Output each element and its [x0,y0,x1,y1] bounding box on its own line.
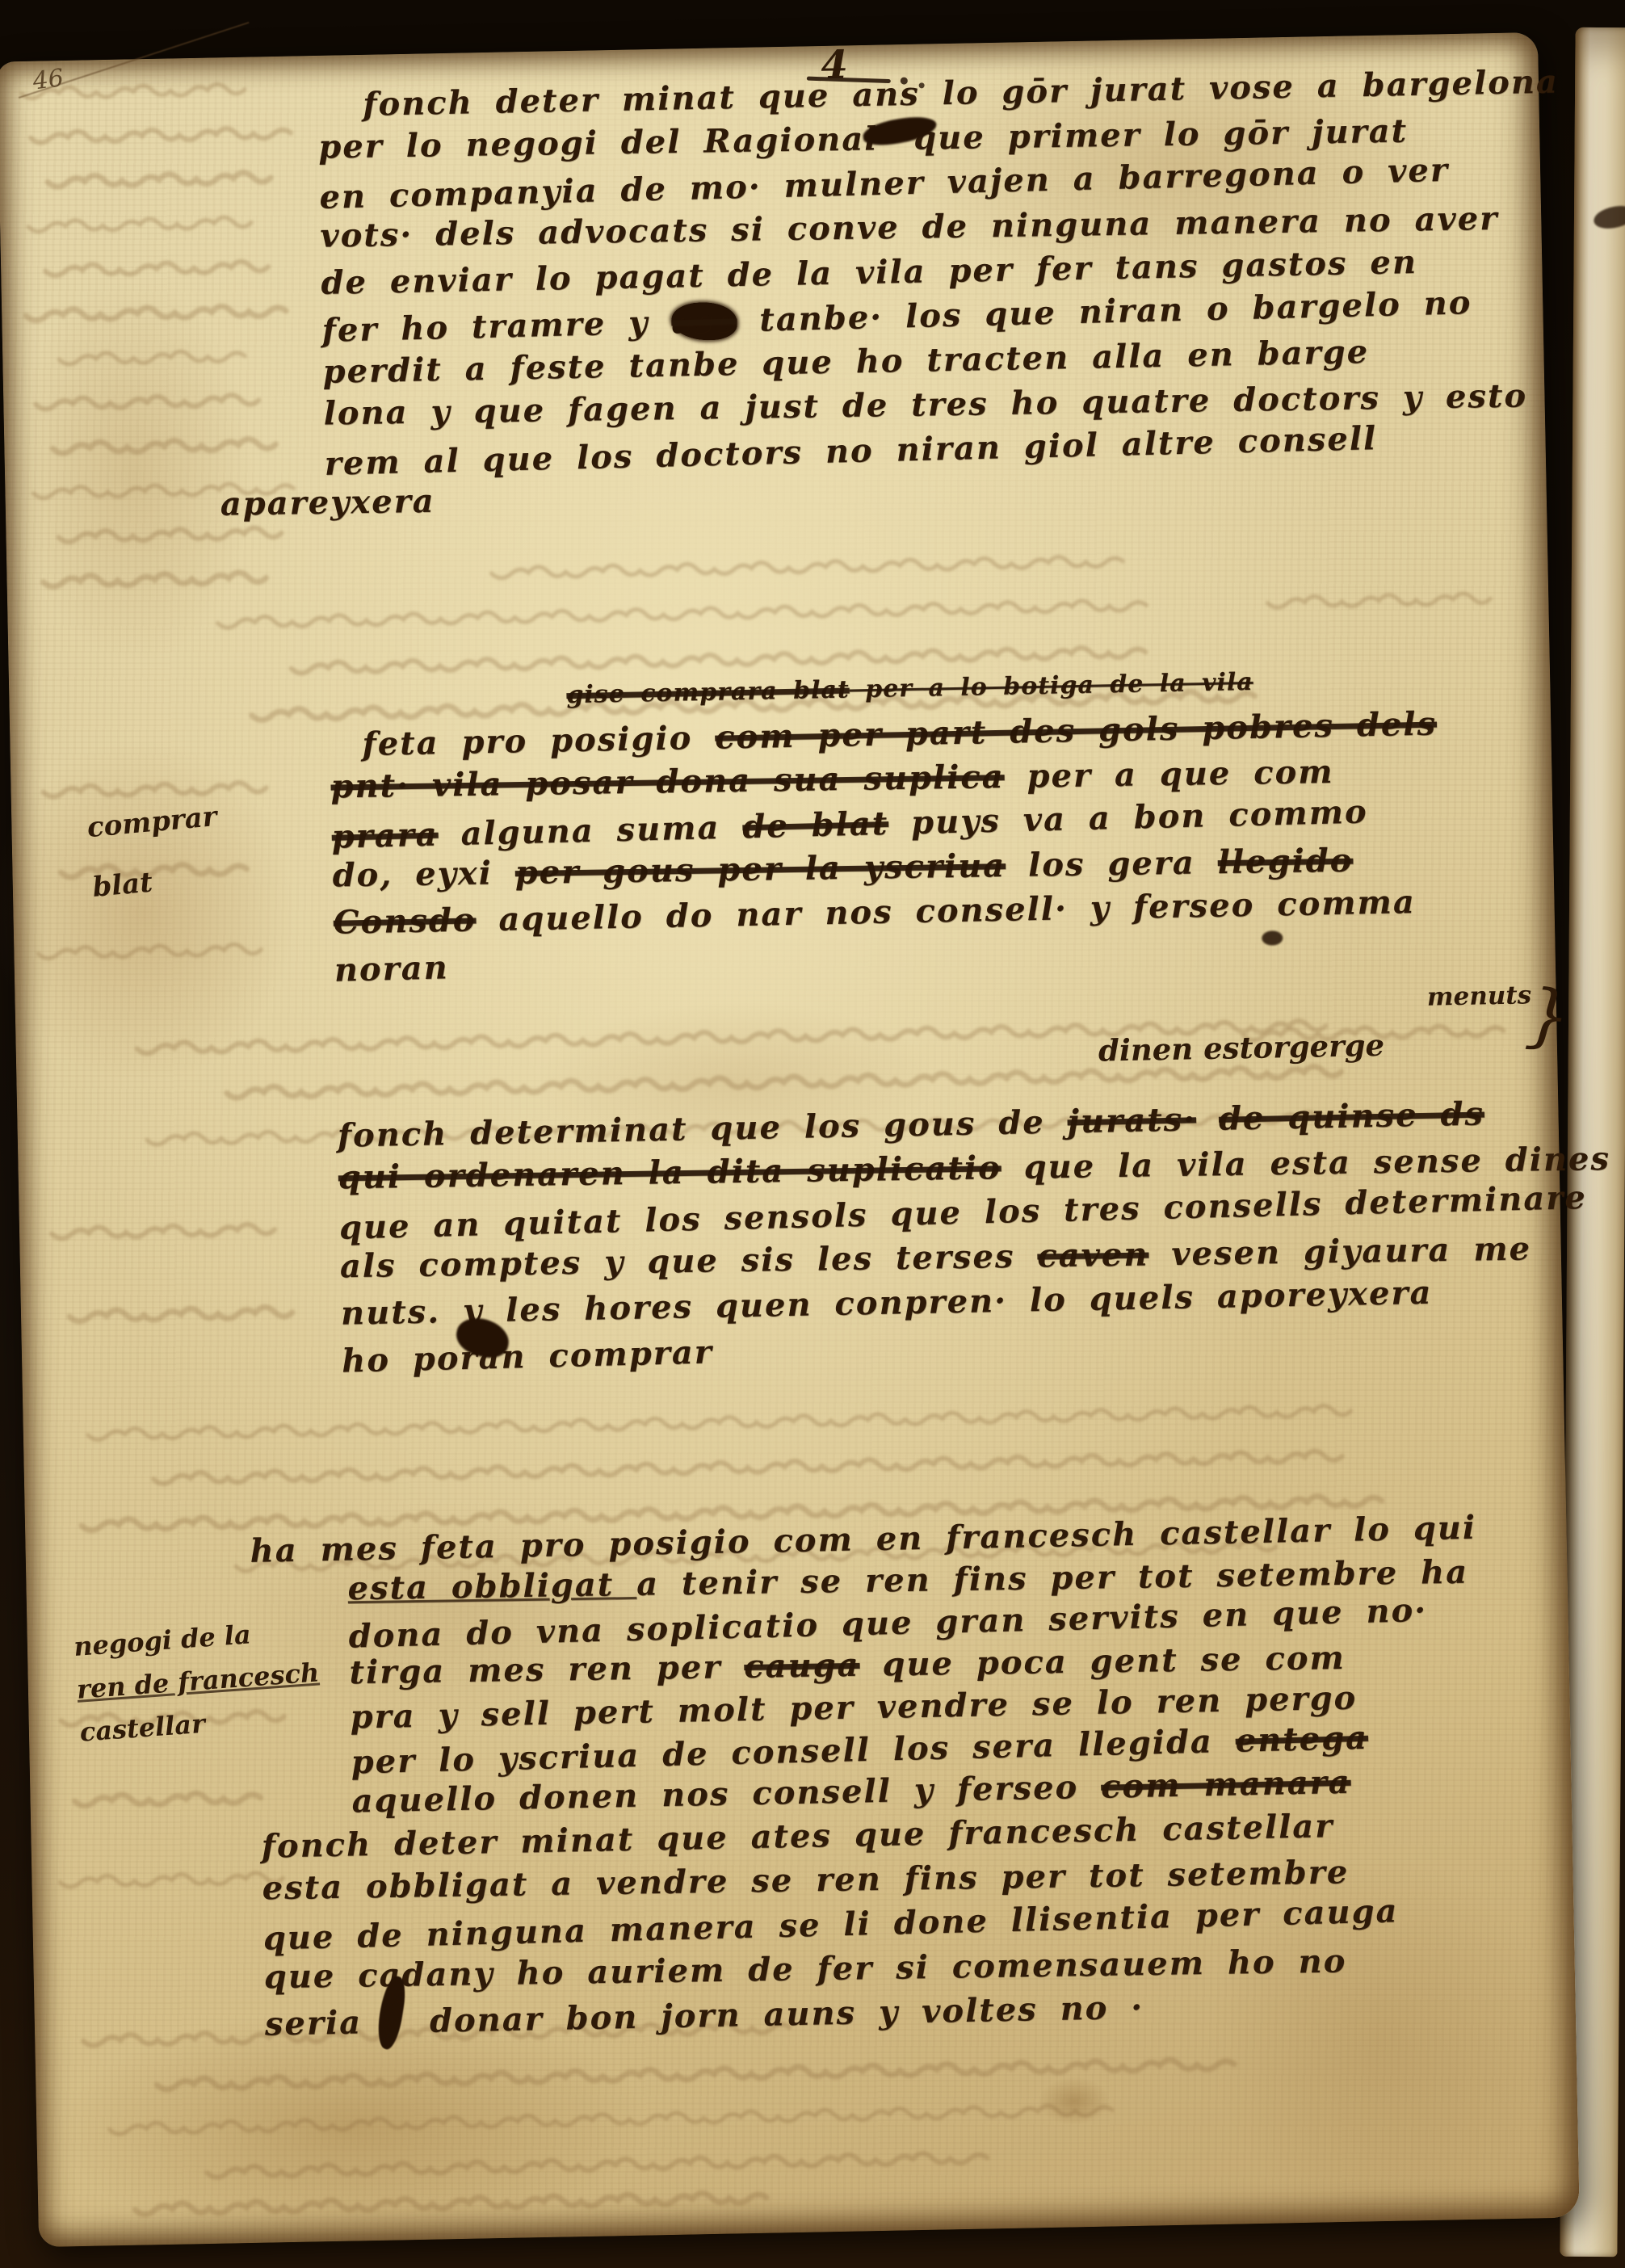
ghost-line [36,394,258,409]
handwritten-text: ho poran comprar [342,1333,714,1380]
handwritten-text: puys va a bon commo [888,792,1369,842]
insertion-text: dinen estorgerge [1098,1027,1385,1069]
struck-text: entega [1235,1719,1368,1760]
handwritten-text: los gera [1006,843,1218,884]
struck-text: per gous per la yscriua [514,846,1006,892]
ghost-line [491,556,1123,578]
struck-text: de blat [742,804,889,846]
struck-text: prara [331,816,439,856]
struck-text: caven [1037,1235,1149,1275]
handwritten-text: noran [334,948,449,989]
ghost-line [88,1405,1351,1440]
handwritten-text: esta obbligat [347,1565,636,1607]
handwritten-text: fer ho tramre y [321,303,672,350]
ghost-line [157,2059,1234,2090]
struck-text: per a lo botiga de la vila [849,668,1253,704]
margin-note-line: comprar [85,787,220,858]
ghost-line [74,1792,260,1807]
manuscript-page: 46 4 comprarblat negogi de laren de fran… [0,32,1580,2247]
struck-text: qui ordenaren la dita suplicatio [338,1149,1001,1196]
ghost-line [43,572,266,586]
margin-note-negoci-castellar: negogi de laren de franceschcastellar [72,1609,323,1754]
ghost-line [109,2104,1112,2134]
struck-text: jurats· [1067,1100,1196,1140]
paragraph-proposicio-castellar: ha mes feta pro posigio com en francesch… [346,1505,1588,1822]
ghost-line [60,1872,283,1887]
ghost-line [69,1307,292,1321]
struck-text: pnt· vila posar dona sua suplica [330,758,1005,805]
handwritten-text: apareyxera [220,482,435,523]
struck-text: gise comprara blat [566,675,850,709]
handwritten-text: seria [264,2003,362,2043]
ghost-line [48,172,271,187]
struck-text: de quinse ds [1218,1094,1484,1137]
handwritten-text [1196,1100,1220,1139]
folio-number: 46 [31,64,65,95]
struck-text: Consdo [333,901,477,941]
ghost-line [135,2192,766,2215]
handwritten-text: als comptes y que sis les terses [340,1237,1038,1286]
insertion-side-note: menuts [1426,981,1531,1011]
ghost-line [1267,593,1490,607]
struck-text: cauga [744,1646,860,1686]
ghost-line [45,261,268,275]
brace-mark: } [1522,974,1573,1058]
struck-text: aso [671,301,737,341]
ghost-line [59,351,245,365]
struck-text: llegido [1217,842,1353,881]
paragraph-proposicio-blat: feta pro posigio com per part des gols p… [330,699,1570,989]
ghost-line [28,217,251,232]
ghost-line [207,2152,987,2178]
paragraph-determination-menuts: fonch determinat que los gous de jurats·… [337,1090,1577,1380]
handwritten-text: que poca gent se com [859,1639,1346,1684]
paragraph-determination-castellar: fonch deter minat que ates que francesch… [261,1800,1501,2046]
handwritten-text: do, eyxi [332,854,515,894]
struck-text: com manara [1101,1763,1351,1806]
ghost-line [153,1451,1342,1484]
handwritten-text: feta pro posigio [362,719,716,763]
handwritten-text: tirga mes ren per [349,1648,744,1691]
handwritten-text: vesen giyaura me [1148,1229,1531,1273]
handwritten-text: alguna suma [438,808,743,853]
ink-blot [1592,204,1625,231]
ghost-line [52,439,275,453]
ghost-line [217,599,1146,628]
margin-note-line: blat [90,846,225,918]
margin-note-comprar-blat: comprarblat [85,787,225,918]
ghost-line [26,305,286,321]
ghost-line [58,527,281,542]
ghost-line [31,128,291,143]
ghost-line [38,943,261,958]
handwritten-text: per a que com [1004,753,1334,796]
manuscript-scan: 46 4 comprarblat negogi de laren de fran… [0,0,1625,2268]
struck-text: com per part des gols pobres dels [715,704,1438,756]
paragraph-determination-barcelona: fonch deter minat que ans lo gōr jurat v… [317,60,1561,527]
ghost-line [52,1224,275,1238]
interlinear-insertion: dinen estorgerge menuts } [1098,981,1568,1087]
